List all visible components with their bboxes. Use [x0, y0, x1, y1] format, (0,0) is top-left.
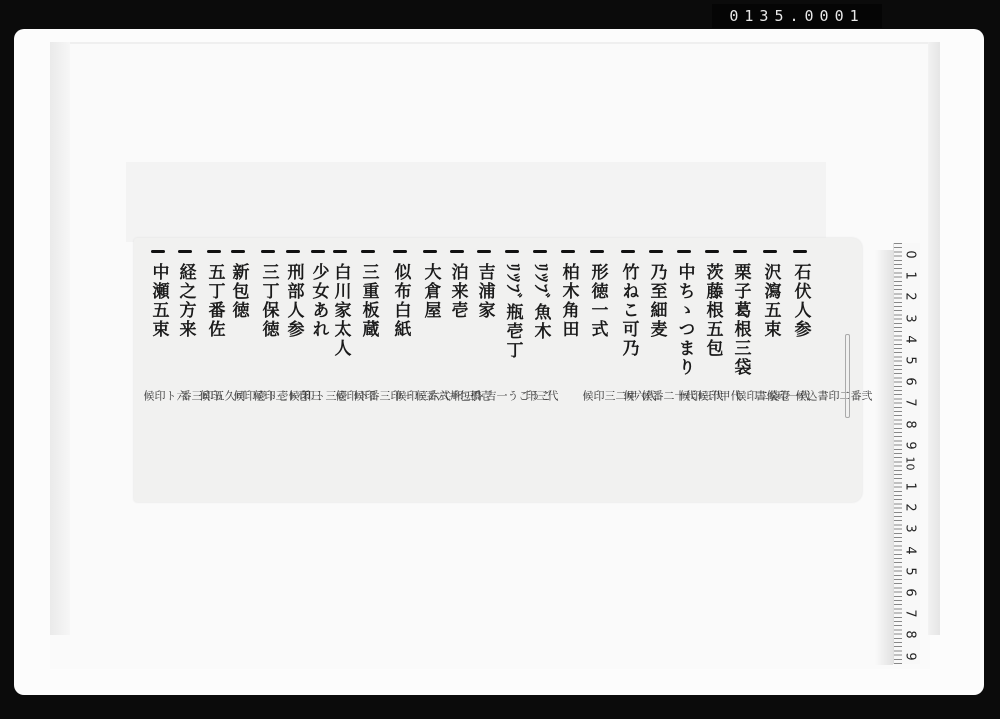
entry-item-text: 乃至細麦	[648, 263, 665, 339]
entry-item-text: 中瀬五束	[150, 263, 167, 339]
document-entry: 三重板蔵印候	[357, 250, 379, 339]
document-entry: 刑部人参三印候	[282, 250, 304, 339]
entry-item-text: 竹ねこ可乃	[620, 263, 637, 358]
ruler-number: 6	[903, 375, 918, 389]
entry-bullet-mark	[505, 250, 519, 253]
film-frame-label: 0135.0001	[712, 4, 882, 28]
ruler-number: 6	[903, 586, 918, 600]
document-entry: 少女あれ壱三ト印	[307, 250, 329, 339]
entry-item-text: 経之方来	[177, 263, 194, 339]
ruler-number: 9	[903, 438, 918, 452]
document-entry: 石伏人参弐番二印書込候	[789, 250, 811, 339]
document-entry: ﾘﾂﾌﾞ瓶壱丁ごうごう	[501, 250, 523, 360]
entry-item-text: 形徳一式	[589, 263, 606, 339]
entry-bullet-mark	[477, 250, 491, 253]
entry-item-text: 五丁番佐	[206, 263, 223, 339]
entry-bullet-mark	[649, 250, 663, 253]
entry-bullet-mark	[621, 250, 635, 253]
board-edge-right	[928, 42, 940, 635]
entry-item-text: 茨藤根五包	[704, 263, 721, 358]
entry-item-text: 刑部人参	[285, 263, 302, 339]
board-edge-left	[50, 42, 70, 635]
ruler-number: 4	[903, 332, 918, 346]
ruler-number: 3	[903, 311, 918, 325]
entry-note-text: 六ト印候	[143, 390, 187, 402]
document-entry: 乃至細麦代十二番候	[645, 250, 667, 339]
document-entry: 白川家太人一印三番下印候	[329, 250, 351, 358]
document-entry: 栗子葛根三袋壱袋二印候	[729, 250, 751, 377]
ruler-number: 8	[903, 628, 918, 642]
entry-bullet-mark	[423, 250, 437, 253]
entry-note-text: 甲二三印候	[582, 390, 637, 402]
entry-item-text: 泊来壱	[449, 263, 466, 320]
entry-note-text: 壱袋二印候	[735, 390, 790, 402]
entry-bullet-mark	[311, 250, 325, 253]
ruler-number: 2	[903, 290, 918, 304]
entry-item-text: 吉浦家	[476, 263, 493, 320]
document-entry: 大倉屋橋包井 六番候	[419, 250, 441, 320]
ruler-number: 7	[903, 607, 918, 621]
ruler-number: 5	[903, 564, 918, 578]
entry-bullet-mark	[533, 250, 547, 253]
entry-item-text: 白川家太人	[332, 263, 349, 358]
entry-bullet-mark	[763, 250, 777, 253]
entry-bullet-mark	[705, 250, 719, 253]
entry-bullet-mark	[361, 250, 375, 253]
entry-item-text: ﾘﾂﾌﾞ瓶壱丁	[504, 263, 521, 360]
scale-ruler: 012345678910123456789	[893, 243, 920, 664]
entry-bullet-mark	[286, 250, 300, 253]
entry-bullet-mark	[733, 250, 747, 253]
entry-item-text: ﾘﾂﾌﾞ魚木	[532, 263, 549, 341]
entry-bullet-mark	[178, 250, 192, 253]
document-entry: 経之方来可久五印 三番	[174, 250, 196, 339]
ruler-number: 3	[903, 522, 918, 536]
entry-item-text: 大倉屋	[422, 263, 439, 320]
document-entry: 新包徳壱ト壱印候	[227, 250, 249, 320]
document-entry: 五丁番佐印候	[203, 250, 225, 339]
document-entry: 柏木角田	[557, 250, 579, 339]
ruler-number: 5	[903, 354, 918, 368]
entry-bullet-mark	[261, 250, 275, 253]
entry-item-text: 少女あれ	[310, 263, 327, 339]
entry-bullet-mark	[450, 250, 464, 253]
entry-bullet-mark	[231, 250, 245, 253]
ruler-number: 2	[903, 501, 918, 515]
entry-item-text: 三重板蔵	[360, 263, 377, 339]
entry-item-text: 似布白紙	[392, 263, 409, 339]
entry-bullet-mark	[333, 250, 347, 253]
document-paper: 石伏人参弐番二印書込候沢瀉五束代 一印候書栗子葛根三袋壱袋二印候茨藤根五包代 甲…	[134, 238, 862, 502]
document-entry: 中瀬五束六ト印候	[147, 250, 169, 339]
entry-bullet-mark	[677, 250, 691, 253]
document-entry: ﾘﾂﾌﾞ魚木代三印	[529, 250, 551, 341]
backing-sheet	[126, 162, 826, 242]
ruler-number: 1	[903, 480, 918, 494]
ruler-number: 8	[903, 417, 918, 431]
ruler-number: 9	[903, 649, 918, 663]
entry-item-text: 石伏人参	[792, 263, 809, 339]
document-entry: 沢瀉五束代 一印候書	[759, 250, 781, 339]
ruler-number: 7	[903, 396, 918, 410]
ruler-shadow	[875, 250, 893, 665]
entry-item-text: 柏木角田	[560, 263, 577, 339]
entry-note-text: 可久五印 三番	[180, 390, 246, 402]
entry-bullet-mark	[793, 250, 807, 253]
entry-bullet-mark	[393, 250, 407, 253]
ruler-number: 4	[903, 543, 918, 557]
entry-item-text: 栗子葛根三袋	[732, 263, 749, 377]
entry-item-text: 中ちゝつまり	[676, 263, 693, 377]
entry-item-text: 三丁保徳	[260, 263, 277, 339]
entry-item-text: 新包徳	[230, 263, 247, 320]
document-entry: 中ちゝつまり代 三印候	[673, 250, 695, 377]
entry-bullet-mark	[207, 250, 221, 253]
document-entry: 似布白紙一式 六三印候	[389, 250, 411, 339]
entry-item-text: 沢瀉五束	[762, 263, 779, 339]
document-entry: 三丁保徳壱ト三印候	[257, 250, 279, 339]
document-entry: 吉浦家壱丁	[473, 250, 495, 320]
document-entry: 形徳一式甲二三印候	[586, 250, 608, 339]
entry-bullet-mark	[590, 250, 604, 253]
ruler-ticks	[894, 243, 902, 664]
entry-bullet-mark	[151, 250, 165, 253]
document-entry: 茨藤根五包代 甲印候	[701, 250, 723, 358]
document-entry: 竹ねこ可乃代六候	[617, 250, 639, 358]
entry-note-text: ごうごう	[507, 390, 551, 402]
entry-bullet-mark	[561, 250, 575, 253]
document-entry: 泊来壱一吉ト三印	[446, 250, 468, 320]
ruler-number: 0	[903, 248, 918, 262]
ruler-number-10: 10	[904, 457, 917, 471]
ruler-number: 1	[903, 269, 918, 283]
